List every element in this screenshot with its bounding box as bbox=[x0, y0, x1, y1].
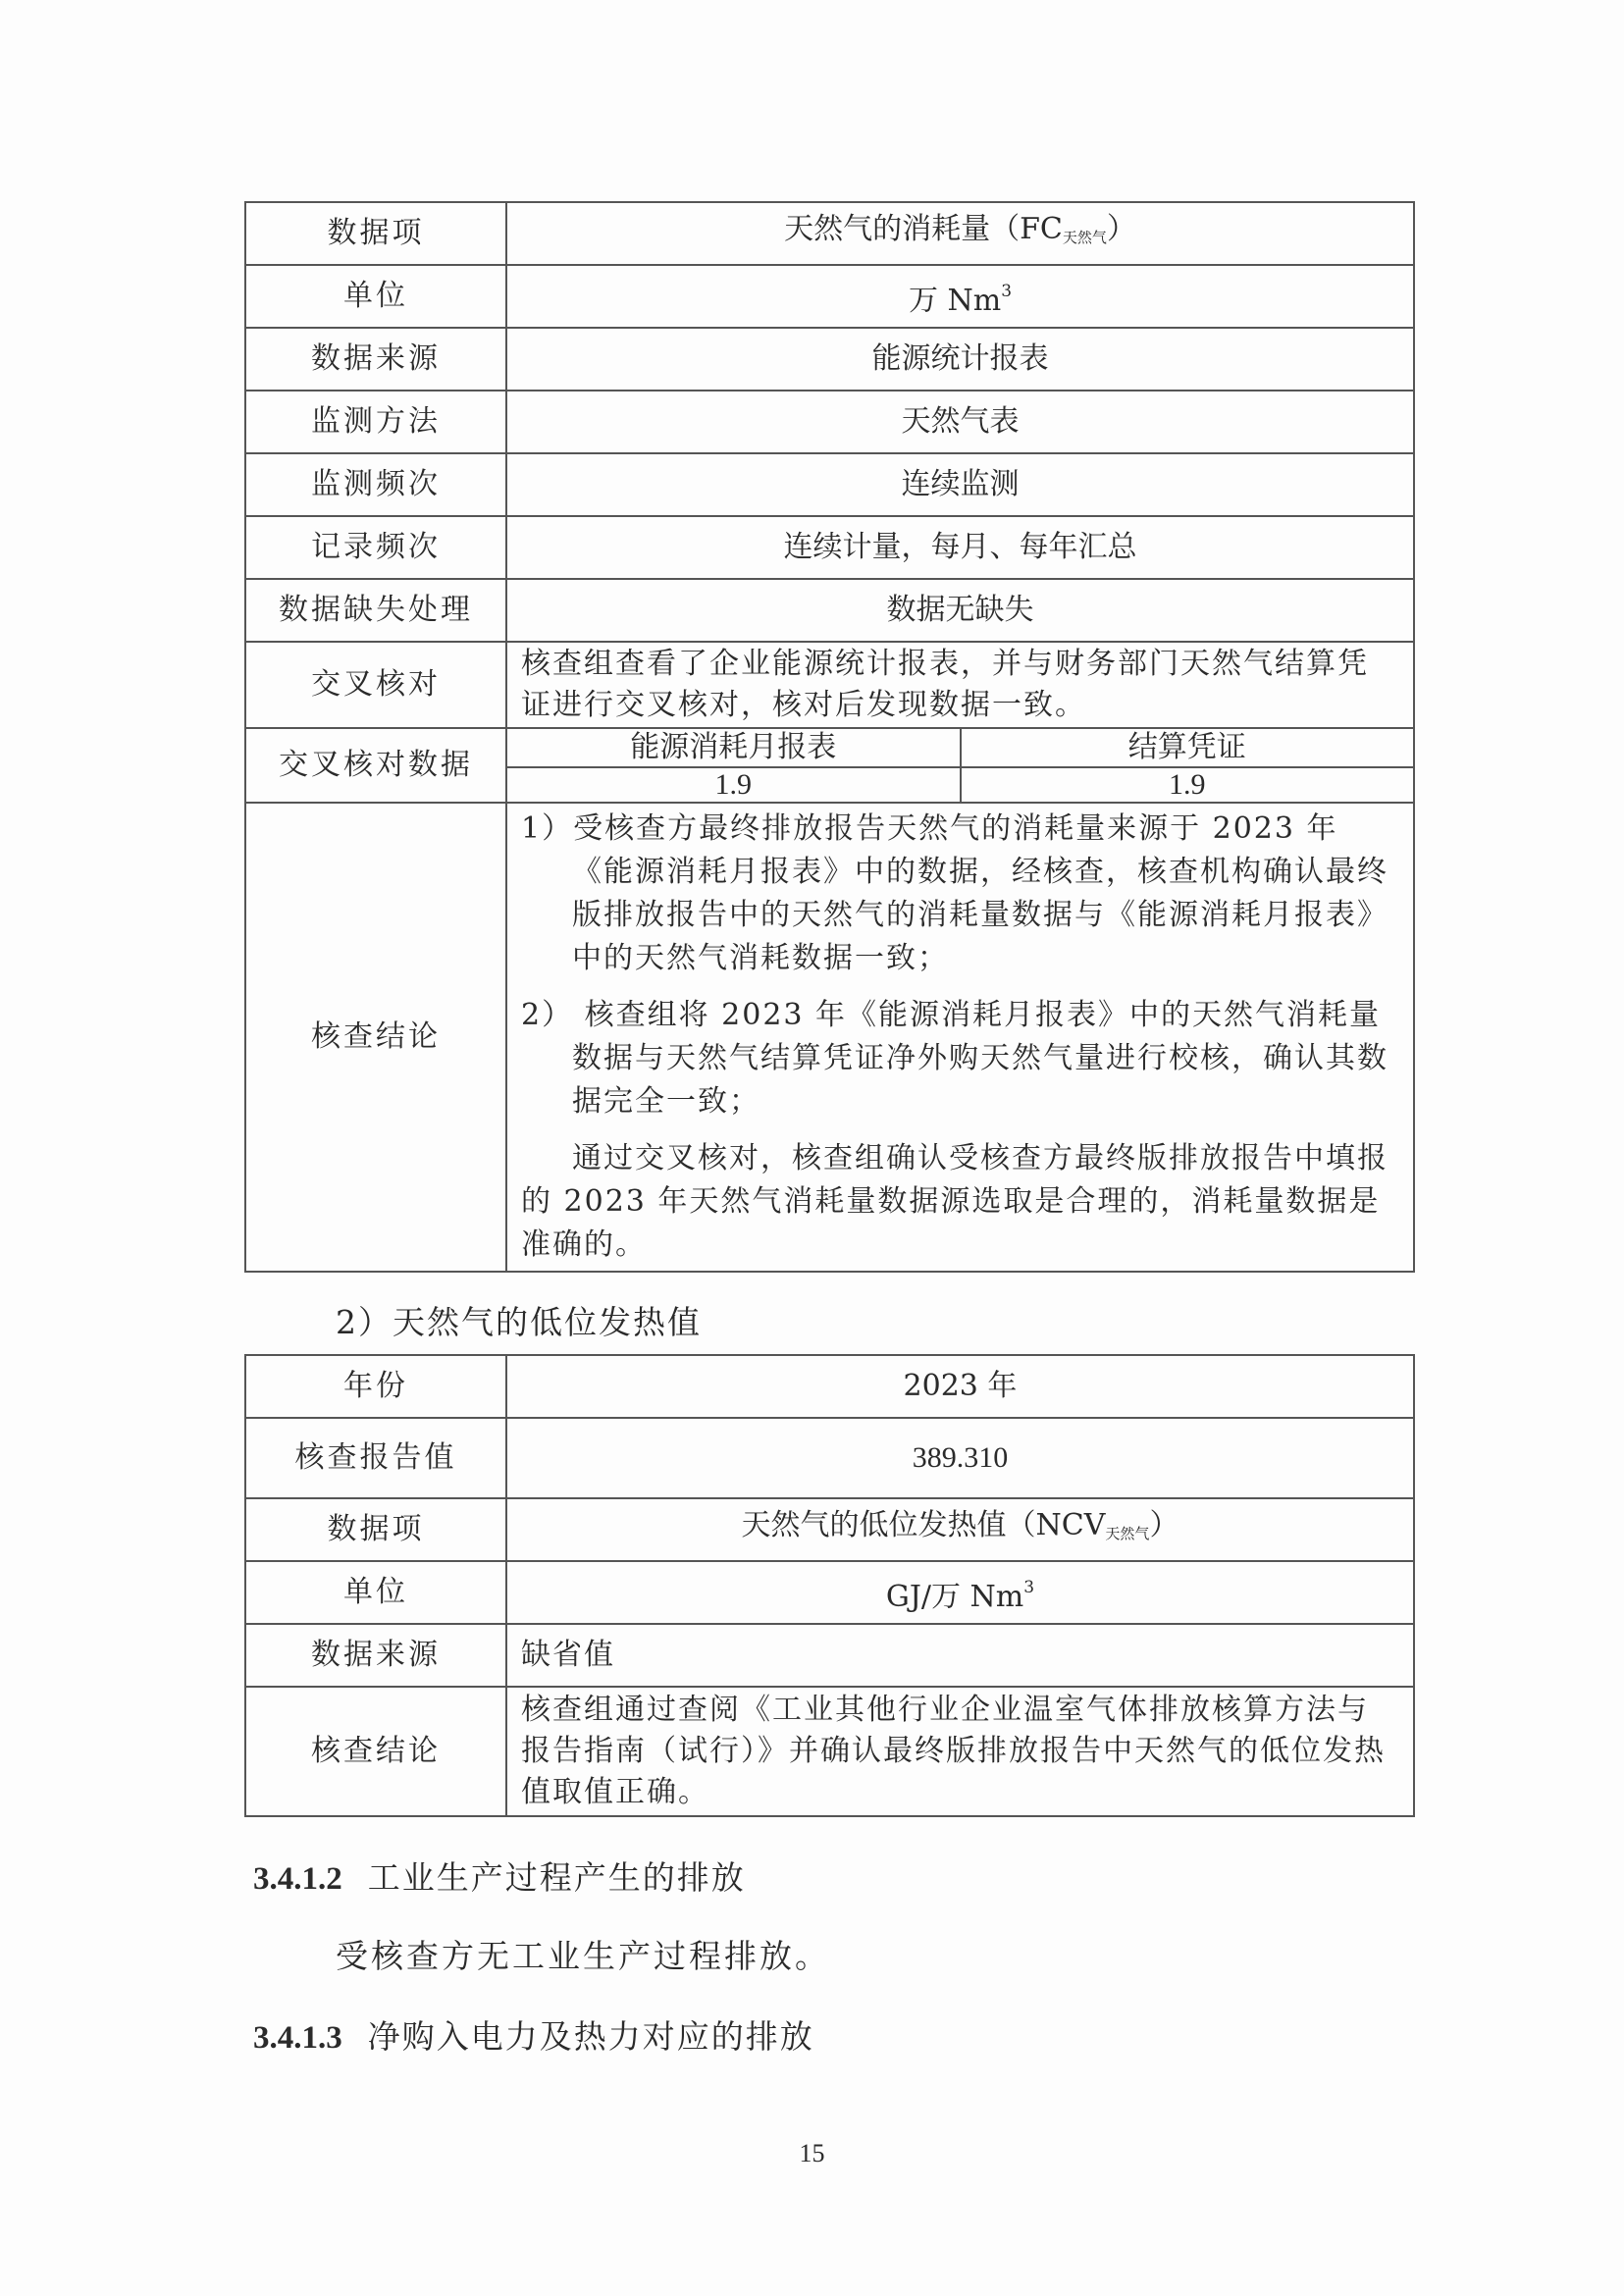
row-label: 交叉核对数据 bbox=[245, 728, 506, 803]
row-label: 核查结论 bbox=[245, 1687, 506, 1816]
row-label: 监测方法 bbox=[245, 391, 506, 453]
monitoring-method-value: 天然气表 bbox=[506, 391, 1414, 453]
table-row: 数据缺失处理 数据无缺失 bbox=[245, 579, 1414, 642]
data-item-value: 天然气的消耗量（FC天然气） bbox=[506, 202, 1414, 265]
monitoring-frequency-value: 连续监测 bbox=[506, 453, 1414, 516]
table-row: 监测方法 天然气表 bbox=[245, 391, 1414, 453]
row-label: 单位 bbox=[245, 1561, 506, 1624]
conclusion-summary: 通过交叉核对，核查组确认受核查方最终版排放报告中填报的 2023 年天然气消耗量… bbox=[521, 1137, 1399, 1267]
row-label: 数据项 bbox=[245, 1498, 506, 1561]
missing-data-value: 数据无缺失 bbox=[506, 579, 1414, 642]
section-number: 3.4.1.2 bbox=[253, 1861, 342, 1897]
reported-value: 389.310 bbox=[506, 1418, 1414, 1498]
row-label: 交叉核对 bbox=[245, 642, 506, 728]
data-source-value: 缺省值 bbox=[506, 1624, 1414, 1687]
row-label: 年份 bbox=[245, 1355, 506, 1418]
table-row: 核查结论 核查组通过查阅《工业其他行业企业温室气体排放核算方法与报告指南（试行）… bbox=[245, 1687, 1414, 1816]
row-label: 核查结论 bbox=[245, 803, 506, 1272]
conclusion-value: 核查组通过查阅《工业其他行业企业温室气体排放核算方法与报告指南（试行）》并确认最… bbox=[506, 1687, 1414, 1816]
ncv-natural-gas-table: 年份 2023 年 核查报告值 389.310 数据项 天然气的低位发热值（NC… bbox=[244, 1354, 1415, 1817]
row-label: 数据缺失处理 bbox=[245, 579, 506, 642]
table-row: 数据来源 缺省值 bbox=[245, 1624, 1414, 1687]
section-heading-3412: 3.4.1.2工业生产过程产生的排放 bbox=[253, 1852, 746, 1899]
conclusion-cell: 1）受核查方最终排放报告天然气的消耗量来源于 2023 年《能源消耗月报表》中的… bbox=[506, 803, 1414, 1272]
section-heading-3413: 3.4.1.3净购入电力及热力对应的排放 bbox=[253, 2011, 814, 2058]
section-title: 净购入电力及热力对应的排放 bbox=[368, 2017, 814, 2056]
table-row: 单位 万 Nm3 bbox=[245, 265, 1414, 328]
table-row: 监测频次 连续监测 bbox=[245, 453, 1414, 516]
column-header: 结算凭证 bbox=[961, 728, 1415, 767]
fc-natural-gas-table: 数据项 天然气的消耗量（FC天然气） 单位 万 Nm3 数据来源 能源统计报表 … bbox=[244, 201, 1415, 1273]
table-row: 数据来源 能源统计报表 bbox=[245, 328, 1414, 391]
section-title-ncv: 2）天然气的低位发热值 bbox=[336, 1297, 702, 1343]
year-value: 2023 年 bbox=[506, 1355, 1414, 1418]
table-cell: 1.9 bbox=[506, 767, 961, 803]
row-label: 数据来源 bbox=[245, 328, 506, 391]
table-row: 核查报告值 389.310 bbox=[245, 1418, 1414, 1498]
row-label: 记录频次 bbox=[245, 516, 506, 579]
row-label: 数据项 bbox=[245, 202, 506, 265]
paragraph-no-process-emissions: 受核查方无工业生产过程排放。 bbox=[336, 1931, 830, 1977]
conclusion-item: 2） 核查组将 2023 年《能源消耗月报表》中的天然气消耗量数据与天然气结算凭… bbox=[521, 994, 1399, 1123]
table-row: 单位 GJ/万 Nm3 bbox=[245, 1561, 1414, 1624]
unit-value: 万 Nm3 bbox=[506, 265, 1414, 328]
table-row: 数据项 天然气的低位发热值（NCV天然气） bbox=[245, 1498, 1414, 1561]
unit-value: GJ/万 Nm3 bbox=[506, 1561, 1414, 1624]
section-number: 3.4.1.3 bbox=[253, 2020, 342, 2056]
data-source-value: 能源统计报表 bbox=[506, 328, 1414, 391]
row-label: 数据来源 bbox=[245, 1624, 506, 1687]
table-row: 年份 2023 年 bbox=[245, 1355, 1414, 1418]
recording-frequency-value: 连续计量，每月、每年汇总 bbox=[506, 516, 1414, 579]
row-label: 核查报告值 bbox=[245, 1418, 506, 1498]
cross-check-value: 核查组查看了企业能源统计报表，并与财务部门天然气结算凭证进行交叉核对，核对后发现… bbox=[506, 642, 1414, 728]
row-label: 单位 bbox=[245, 265, 506, 328]
column-header: 能源消耗月报表 bbox=[506, 728, 961, 767]
document-page: 数据项 天然气的消耗量（FC天然气） 单位 万 Nm3 数据来源 能源统计报表 … bbox=[0, 0, 1624, 2296]
data-item-value: 天然气的低位发热值（NCV天然气） bbox=[506, 1498, 1414, 1561]
table-row: 记录频次 连续计量，每月、每年汇总 bbox=[245, 516, 1414, 579]
table-row: 数据项 天然气的消耗量（FC天然气） bbox=[245, 202, 1414, 265]
table-row: 核查结论 1）受核查方最终排放报告天然气的消耗量来源于 2023 年《能源消耗月… bbox=[245, 803, 1414, 1272]
table-row: 交叉核对 核查组查看了企业能源统计报表，并与财务部门天然气结算凭证进行交叉核对，… bbox=[245, 642, 1414, 728]
section-title: 工业生产过程产生的排放 bbox=[368, 1858, 746, 1897]
page-number: 15 bbox=[0, 2139, 1624, 2168]
table-cell: 1.9 bbox=[961, 767, 1415, 803]
row-label: 监测频次 bbox=[245, 453, 506, 516]
conclusion-item: 1）受核查方最终排放报告天然气的消耗量来源于 2023 年《能源消耗月报表》中的… bbox=[521, 808, 1399, 980]
table-row: 交叉核对数据 能源消耗月报表 结算凭证 bbox=[245, 728, 1414, 767]
